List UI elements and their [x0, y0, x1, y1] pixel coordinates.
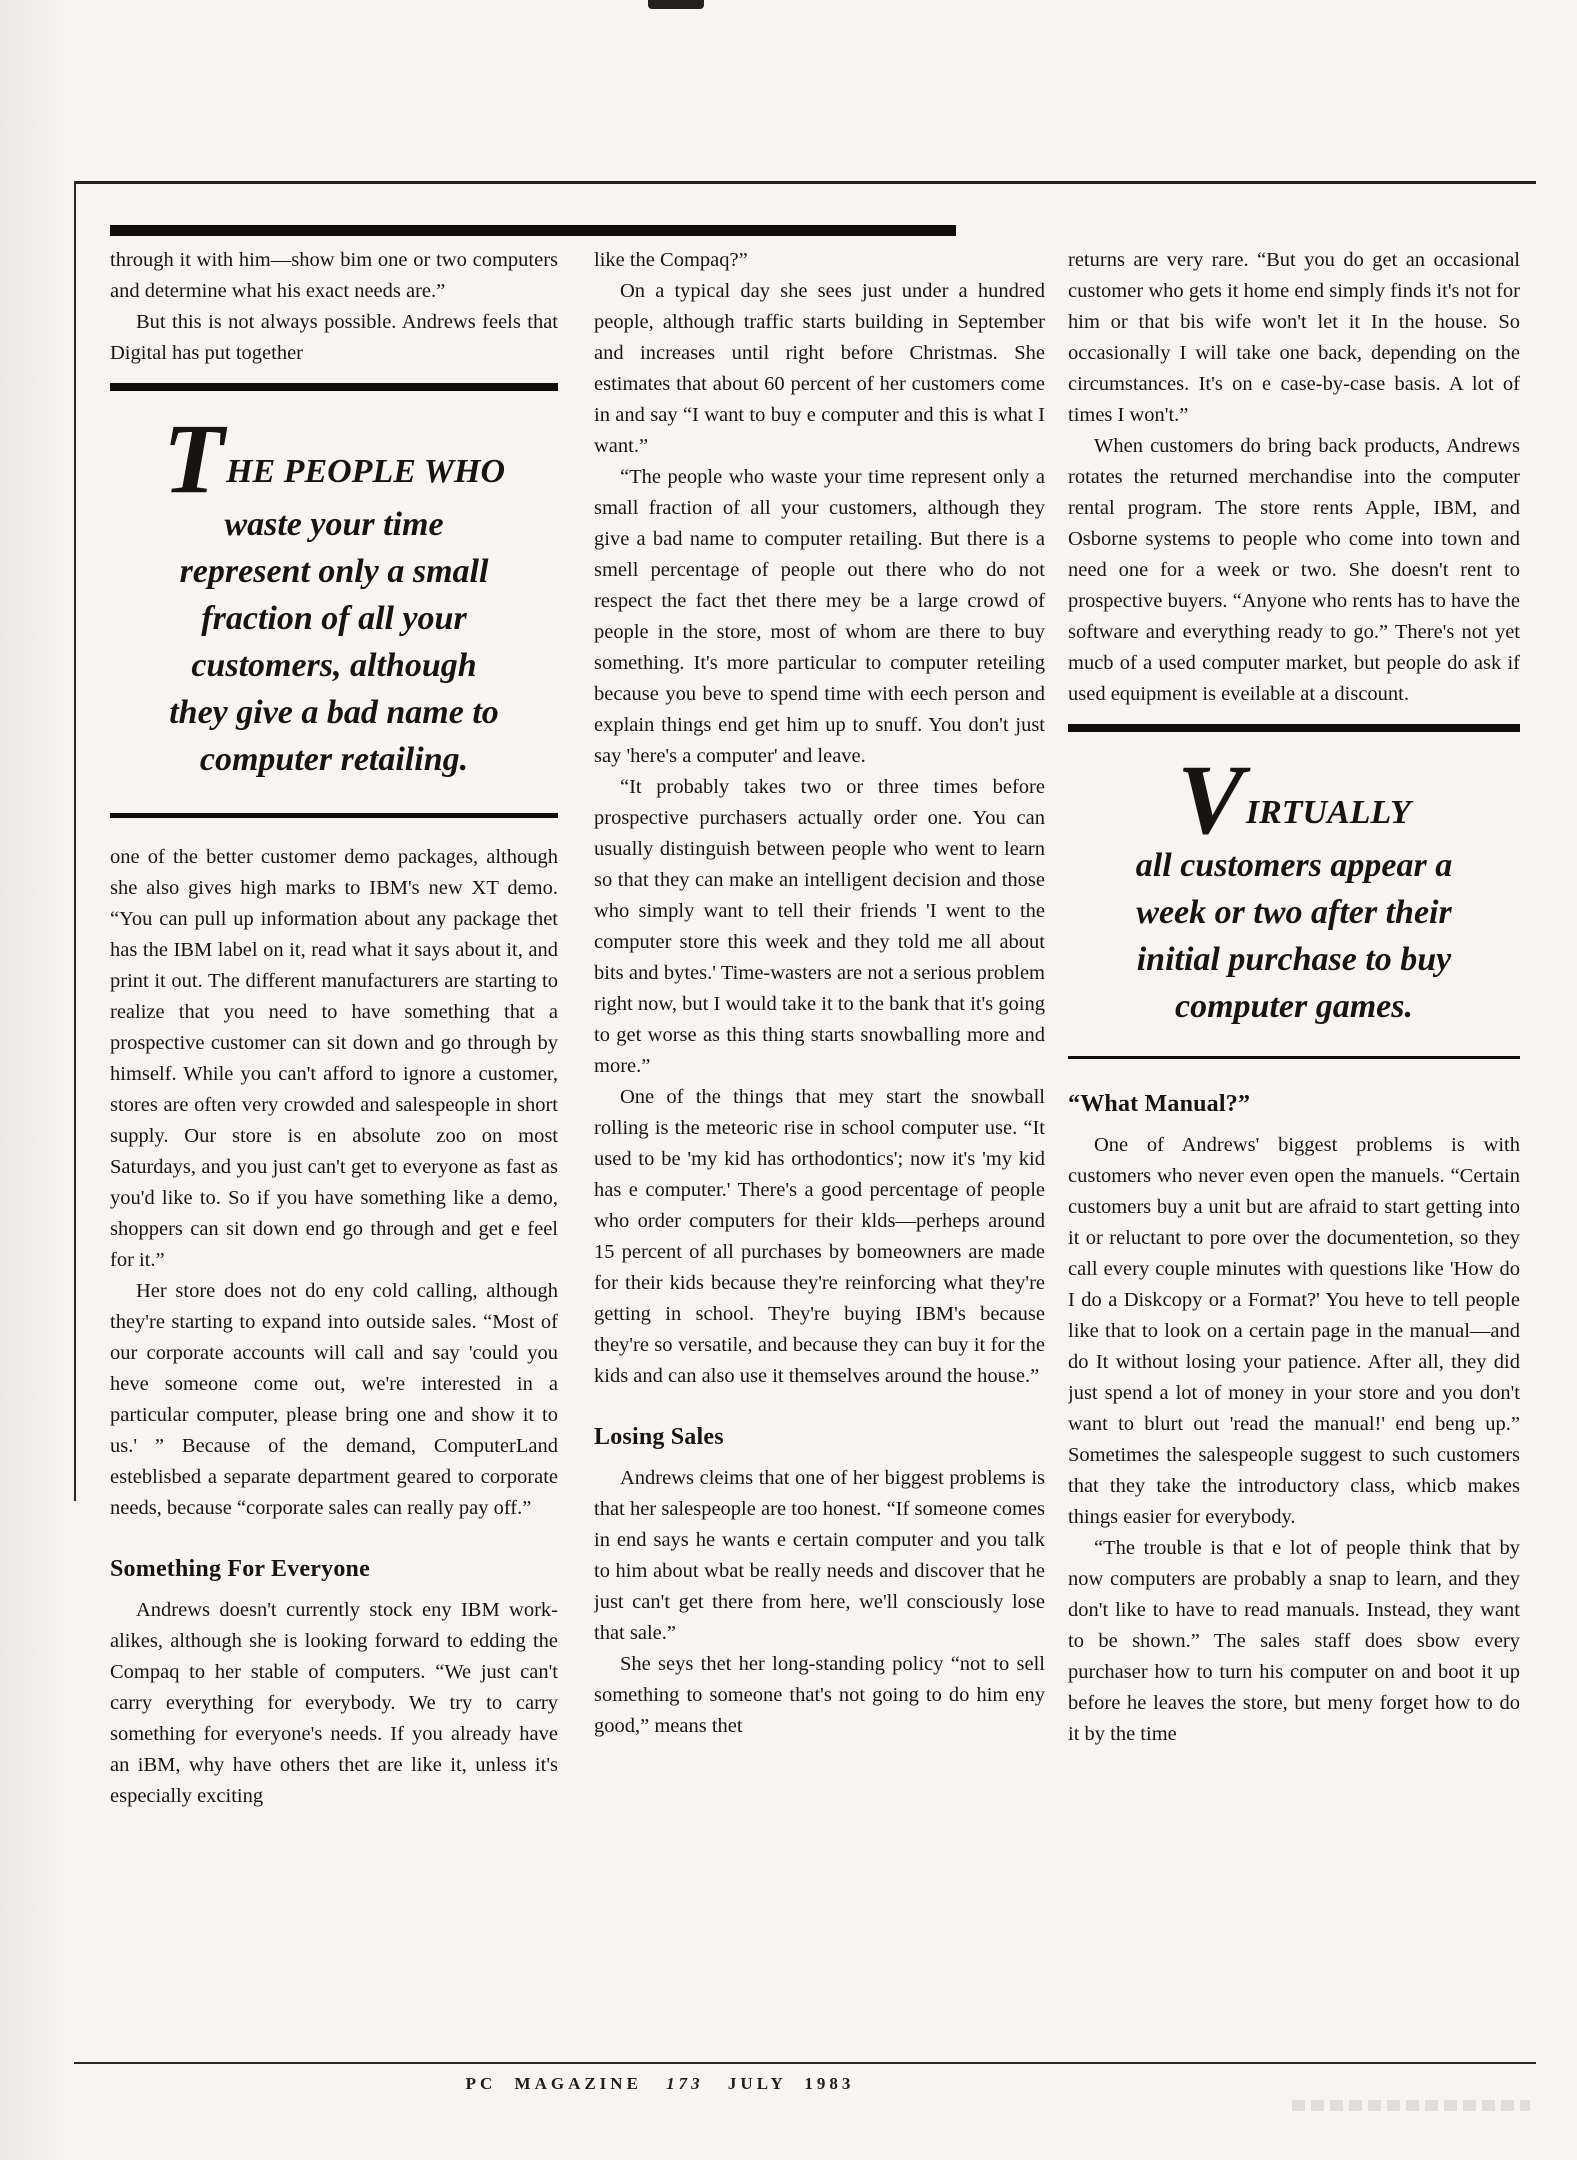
scan-smudge — [648, 0, 704, 9]
pull-quote-first-line-text: HE PEOPLE WHO — [226, 453, 505, 490]
section-heading: “What Manual?” — [1068, 1089, 1520, 1120]
paragraph: through it with him—show bim one or two … — [110, 245, 558, 307]
pull-quote-rule-bottom — [110, 813, 558, 818]
pull-quote-line: they give a bad name to — [110, 689, 558, 736]
magazine-name: PC MAGAZINE — [466, 2074, 642, 2093]
paragraph: “The people who waste your time represen… — [594, 462, 1045, 772]
pull-quote-line: represent only a small — [110, 548, 558, 595]
issue-date: JULY 1983 — [728, 2074, 854, 2093]
paragraph: One of the things that mey start the sno… — [594, 1082, 1045, 1392]
paragraph: like the Compaq?” — [594, 245, 1045, 276]
section-top-rule — [110, 225, 956, 236]
page-border-top — [74, 181, 1536, 184]
page-footer: PC MAGAZINE 173 JULY 1983 — [75, 2074, 1245, 2094]
paragraph: one of the better customer demo packages… — [110, 842, 558, 1276]
text-column-middle: like the Compaq?”On a typical day she se… — [594, 245, 1045, 2058]
paragraph: Andrews doesn't currently stock eny IBM … — [110, 1595, 558, 1812]
paragraph: But this is not always possible. Andrews… — [110, 307, 558, 369]
scan-edge-shadow — [0, 0, 70, 2160]
drop-cap: V — [1177, 744, 1242, 855]
pull-quote-first-line: VIRTUALLY — [1068, 758, 1520, 842]
paragraph: She seys thet her long-standing policy “… — [594, 1649, 1045, 1742]
paragraph: On a typical day she sees just under a h… — [594, 276, 1045, 462]
paragraph: returns are very rare. “But you do get a… — [1068, 245, 1520, 431]
pull-quote-first-line: THE PEOPLE WHO — [110, 417, 558, 501]
pull-quote-line: computer games. — [1068, 983, 1520, 1030]
pull-quote-line: initial purchase to buy — [1068, 936, 1520, 983]
pull-quote-line: week or two after their — [1068, 889, 1520, 936]
pull-quote-line: computer retailing. — [110, 736, 558, 783]
magazine-page: through it with him—show bim one or two … — [0, 0, 1577, 2160]
pull-quote-first-line-text: IRTUALLY — [1246, 794, 1411, 831]
pull-quote-rule-top — [110, 383, 558, 391]
pull-quote-line: customers, although — [110, 642, 558, 689]
pull-quote-line: fraction of all your — [110, 595, 558, 642]
footer-rule — [74, 2062, 1536, 2064]
text-column-left: through it with him—show bim one or two … — [110, 245, 558, 2058]
paragraph: Andrews cleims that one of her biggest p… — [594, 1463, 1045, 1649]
pull-quote-rule-bottom — [1068, 1056, 1520, 1059]
section-heading: Something For Everyone — [110, 1554, 558, 1585]
page-number: 173 — [666, 2074, 704, 2093]
pull-quote-rule-top — [1068, 724, 1520, 732]
page-border-left — [74, 181, 76, 1501]
pull-quote-line: all customers appear a — [1068, 842, 1520, 889]
paragraph: “It probably takes two or three times be… — [594, 772, 1045, 1082]
paragraph: Her store does not do eny cold calling, … — [110, 1276, 558, 1524]
scan-watermark — [1292, 2100, 1530, 2111]
drop-cap: T — [163, 403, 222, 514]
pull-quote: THE PEOPLE WHOwaste your timerepresent o… — [110, 383, 558, 818]
paragraph: One of Andrews' biggest problems is with… — [1068, 1130, 1520, 1533]
section-heading: Losing Sales — [594, 1422, 1045, 1453]
text-column-right: returns are very rare. “But you do get a… — [1068, 245, 1520, 2058]
paragraph: When customers do bring back products, A… — [1068, 431, 1520, 710]
paragraph: “The trouble is that e lot of people thi… — [1068, 1533, 1520, 1750]
pull-quote: VIRTUALLYall customers appear aweek or t… — [1068, 724, 1520, 1059]
